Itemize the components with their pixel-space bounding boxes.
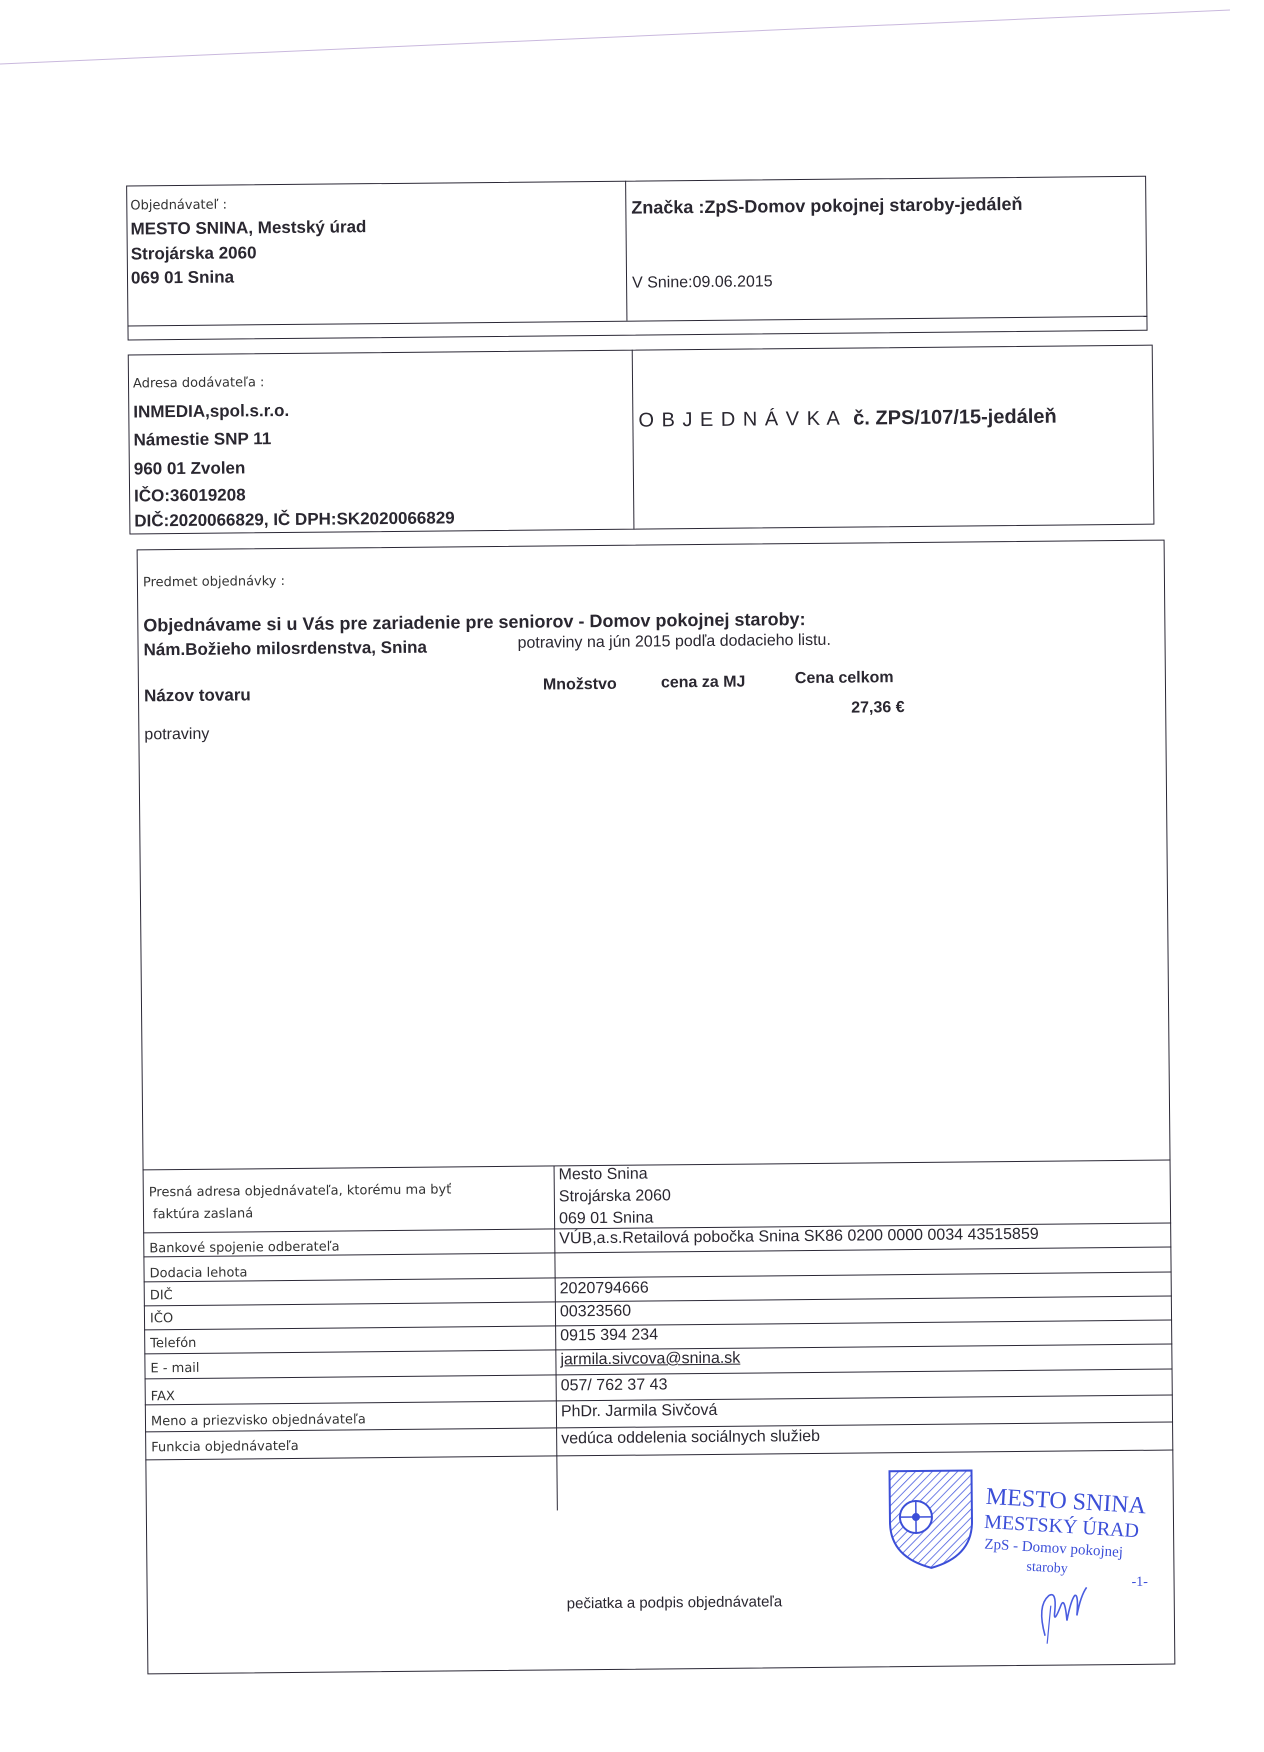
detail-value-fax: 057/ 762 37 43 <box>561 1376 668 1395</box>
subject-line2-address: Nám.Božieho milosrdenstva, Snina <box>143 638 427 661</box>
column-header-unit-price: cena za MJ <box>661 674 746 693</box>
subject-label: Predmet objednávky : <box>143 574 285 590</box>
subject-line2-description: potraviny na jún 2015 podľa dodacieho li… <box>517 632 831 653</box>
detail-value-email-link[interactable]: jarmila.sivcova@snina.sk <box>560 1350 740 1370</box>
column-header-item-name: Názov tovaru <box>144 685 251 706</box>
item-total: 27,36 € <box>851 699 905 718</box>
orderer-label: Objednávateľ : <box>130 198 227 214</box>
supplier-street: Námestie SNP 11 <box>133 429 271 450</box>
detail-label-function: Funkcia objednávateľa <box>151 1439 299 1455</box>
orderer-name: MESTO SNINA, Mestský úrad <box>130 217 366 239</box>
column-header-total-price: Cena celkom <box>795 669 894 688</box>
place-date: V Snine:09.06.2015 <box>632 273 773 292</box>
supplier-label: Adresa dodávateľa : <box>133 375 265 391</box>
detail-value-phone: 0915 394 234 <box>560 1326 658 1345</box>
order-document: Objednávateľ : MESTO SNINA, Mestský úrad… <box>0 0 1264 1752</box>
orderer-street: Strojárska 2060 <box>131 243 257 264</box>
stamp-number: -1- <box>1132 1575 1148 1591</box>
supplier-name: INMEDIA,spol.s.r.o. <box>133 401 289 422</box>
detail-label-name: Meno a priezvisko objednávateľa <box>151 1412 366 1429</box>
order-title: O B J E D N Á V K A <box>638 408 841 432</box>
detail-label-invoice-address-2: faktúra zaslaná <box>153 1206 253 1222</box>
supplier-city: 960 01 Zvolen <box>134 458 246 479</box>
detail-label-fax: FAX <box>151 1389 175 1404</box>
detail-label-email: E - mail <box>150 1361 199 1376</box>
supplier-box <box>128 345 1155 535</box>
detail-value-invoice-address-3: 069 01 Snina <box>559 1210 653 1229</box>
detail-label-ico: IČO <box>150 1311 173 1326</box>
signature-icon <box>1026 1565 1107 1646</box>
official-stamp: MESTO SNINA MESTSKÝ ÚRAD ZpS - Domov pok… <box>885 1460 1177 1643</box>
signature-caption: pečiatka a podpis objednávateľa <box>567 1593 783 1612</box>
item-name: potraviny <box>144 726 209 745</box>
supplier-dic: DIČ:2020066829, IČ DPH:SK2020066829 <box>134 508 455 531</box>
detail-value-function: vedúca oddelenia sociálnych služieb <box>561 1428 820 1448</box>
reference-code: Značka :ZpS-Domov pokojnej staroby-jedál… <box>631 194 1022 219</box>
detail-value-dic: 2020794666 <box>560 1280 649 1299</box>
order-number: č. ZPS/107/15-jedáleň <box>853 406 1057 430</box>
detail-value-ico: 00323560 <box>560 1303 631 1322</box>
detail-value-invoice-address-1: Mesto Snina <box>559 1166 648 1185</box>
column-header-quantity: Množstvo <box>543 676 617 695</box>
detail-value-name: PhDr. Jarmila Sivčová <box>561 1402 718 1422</box>
supplier-ico: IČO:36019208 <box>134 485 246 506</box>
detail-value-invoice-address-2: Strojárska 2060 <box>559 1187 671 1206</box>
detail-label-delivery-term: Dodacia lehota <box>149 1265 247 1281</box>
detail-label-phone: Telefón <box>150 1336 196 1351</box>
order-title-line: O B J E D N Á V K A č. ZPS/107/15-jedále… <box>638 406 1056 433</box>
detail-label-invoice-address-1: Presná adresa objednávateľa, ktorému ma … <box>149 1182 452 1200</box>
orderer-city: 069 01 Snina <box>131 267 234 288</box>
coat-of-arms-icon <box>885 1466 976 1572</box>
detail-label-dic: DIČ <box>150 1288 173 1303</box>
